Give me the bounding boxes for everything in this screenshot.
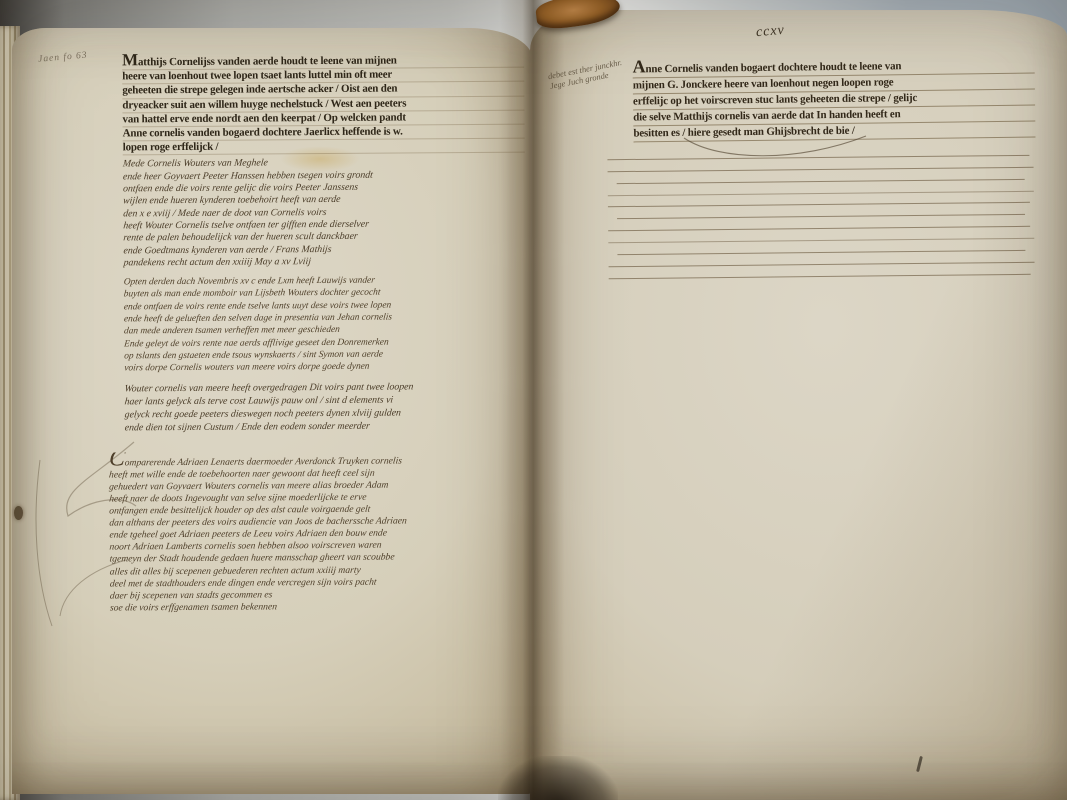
entry-addition-cornelis-wouters: Mede Cornelis Wouters van Megheleende he… xyxy=(123,156,526,269)
folio-number: ccxv xyxy=(755,23,785,41)
entry-addition-novembris: Opten derden dach Novembris xv c ende Lx… xyxy=(124,274,527,375)
entry-addition-wouter-cornelis: Wouter cornelis van meere heeft overgedr… xyxy=(124,381,526,435)
text-line: lopen roge erffelijck / xyxy=(123,139,525,156)
entry-anne-cornelis: Anne Cornelis vanden bogaert dochtere ho… xyxy=(633,55,1036,143)
left-text-column: Matthijs Cornelijss vanden aerde houdt t… xyxy=(122,51,528,615)
ink-spot xyxy=(14,506,23,520)
text-line: voirs dorpe Cornelis wouters van meere v… xyxy=(124,360,527,375)
manuscript-photo: Jaen fo 63 Matthijs Cornelijss vanden ae… xyxy=(0,0,1067,800)
text-line: ende dien tot sijnen Custum / Ende den e… xyxy=(124,419,527,435)
entry-addition-comparerende: Comparerende Adriaen Lenaerts daermoeder… xyxy=(109,449,528,614)
right-margin-note: debet est ther junckhr.Jege Juch gronde xyxy=(547,53,645,91)
ink-mark xyxy=(916,756,923,772)
blank-ruled-lines xyxy=(607,144,1034,279)
entry-matthijs-cornelis: Matthijs Cornelijss vanden aerde houdt t… xyxy=(122,51,525,156)
left-page: Jaen fo 63 Matthijs Cornelijss vanden ae… xyxy=(12,28,532,794)
right-page: ccxv debet est ther junckhr.Jege Juch gr… xyxy=(530,10,1067,800)
text-line: soe die voirs erffgenamen tsamen bekenne… xyxy=(109,599,528,614)
text-line: pandekens recht actum den xxiiij May a x… xyxy=(123,254,526,269)
